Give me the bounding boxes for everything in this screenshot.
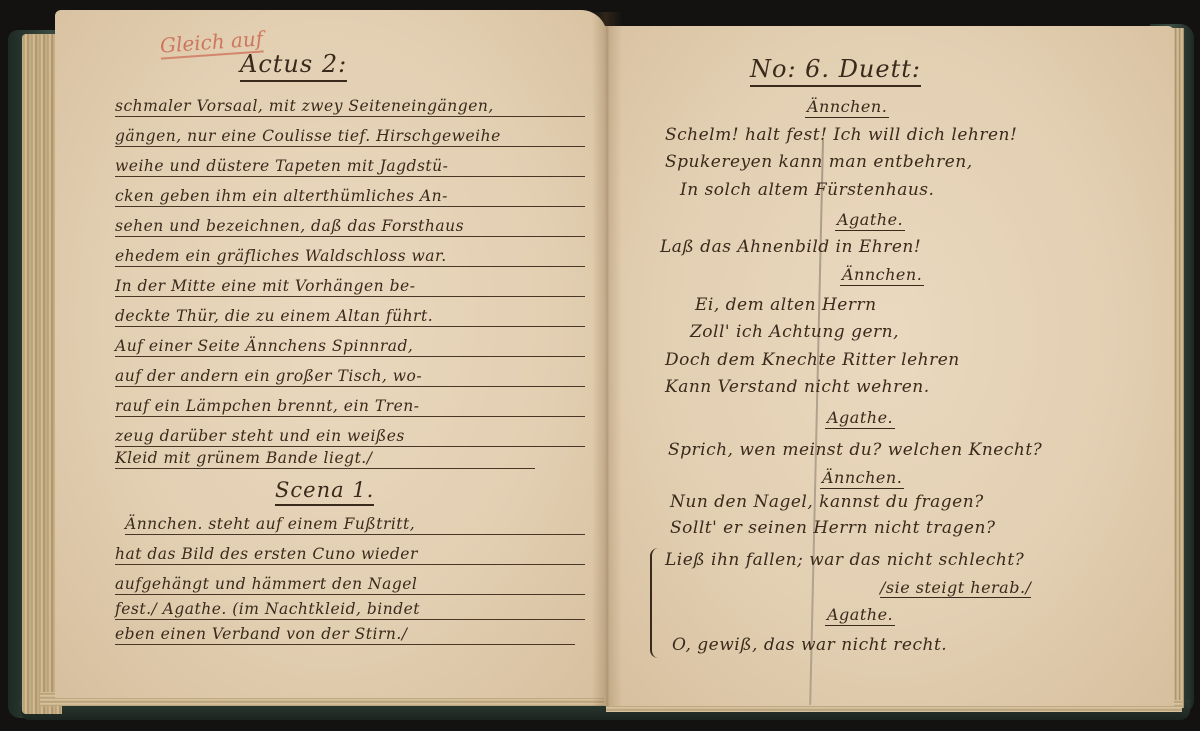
lyric-line: Kann Verstand nicht wehren. (665, 377, 930, 397)
act-title: Actus 2: (240, 50, 347, 82)
stage-direction-line: deckte Thür, die zu einem Altan führt. (115, 307, 585, 327)
bracket (650, 548, 662, 658)
scene-heading: Scena 1. (275, 478, 374, 506)
lyric-line: O, gewiß, das war nicht recht. (672, 635, 947, 655)
stage-direction-line: In der Mitte eine mit Vorhängen be- (115, 277, 585, 297)
scene-line: aufgehängt und hämmert den Nagel (115, 575, 585, 595)
lyric-line: Nun den Nagel, kannst du fragen? (670, 492, 984, 512)
role-name: Ännchen. (820, 468, 904, 489)
role-name: Agathe. (835, 210, 905, 231)
stage-direction-line: Auf einer Seite Ännchens Spinnrad, (115, 337, 585, 357)
scene-line: eben einen Verband von der Stirn./ (115, 625, 575, 645)
stage-direction-line: rauf ein Lämpchen brennt, ein Tren- (115, 397, 585, 417)
role-name: Ännchen. (840, 265, 924, 286)
role-name: Agathe. (825, 408, 895, 429)
stage-direction-line: gängen, nur eine Coulisse tief. Hirschge… (115, 127, 585, 147)
lyric-line: In solch altem Fürstenhaus. (680, 180, 934, 200)
scene-line: fest./ Agathe. (im Nachtkleid, bindet (115, 600, 585, 620)
scene-line: Ännchen. steht auf einem Fußtritt, (125, 515, 585, 535)
stage-direction: /sie steigt herab./ (880, 578, 1031, 598)
lyric-line: Laß das Ahnenbild in Ehren! (660, 237, 921, 257)
role-name: Agathe. (825, 605, 895, 626)
stage-direction-line: auf der andern ein großer Tisch, wo- (115, 367, 585, 387)
stage-direction-line: cken geben ihm ein alterthümliches An- (115, 187, 585, 207)
stage-direction-line: weihe und düstere Tapeten mit Jagdstü- (115, 157, 585, 177)
open-book: Gleich auf Actus 2: schmaler Vorsaal, mi… (0, 0, 1200, 731)
lyric-line: Schelm! halt fest! Ich will dich lehren! (665, 125, 1017, 145)
lyric-line: Ei, dem alten Herrn (695, 295, 877, 315)
lyric-line: Sprich, wen meinst du? welchen Knecht? (668, 440, 1042, 460)
lyric-line: Sollt' er seinen Herrn nicht tragen? (670, 518, 996, 538)
lyric-line: Doch dem Knechte Ritter lehren (665, 350, 960, 370)
stage-direction-line: sehen und bezeichnen, daß das Forsthaus (115, 217, 585, 237)
duet-title: No: 6. Duett: (750, 55, 921, 87)
lyric-line: Ließ ihn fallen; war das nicht schlecht? (665, 550, 1024, 570)
stage-direction-line: ehedem ein gräfliches Waldschloss war. (115, 247, 585, 267)
lyric-line: Zoll' ich Achtung gern, (690, 322, 899, 342)
role-name: Ännchen. (805, 97, 889, 118)
stage-direction-line: zeug darüber steht und ein weißes (115, 427, 585, 447)
book-gutter (592, 12, 622, 706)
scene-line: hat das Bild des ersten Cuno wieder (115, 545, 585, 565)
stage-direction-line: schmaler Vorsaal, mit zwey Seiteneingäng… (115, 97, 585, 117)
stage-direction-line: Kleid mit grünem Bande liegt./ (115, 449, 535, 469)
lyric-line: Spukereyen kann man entbehren, (665, 152, 973, 172)
